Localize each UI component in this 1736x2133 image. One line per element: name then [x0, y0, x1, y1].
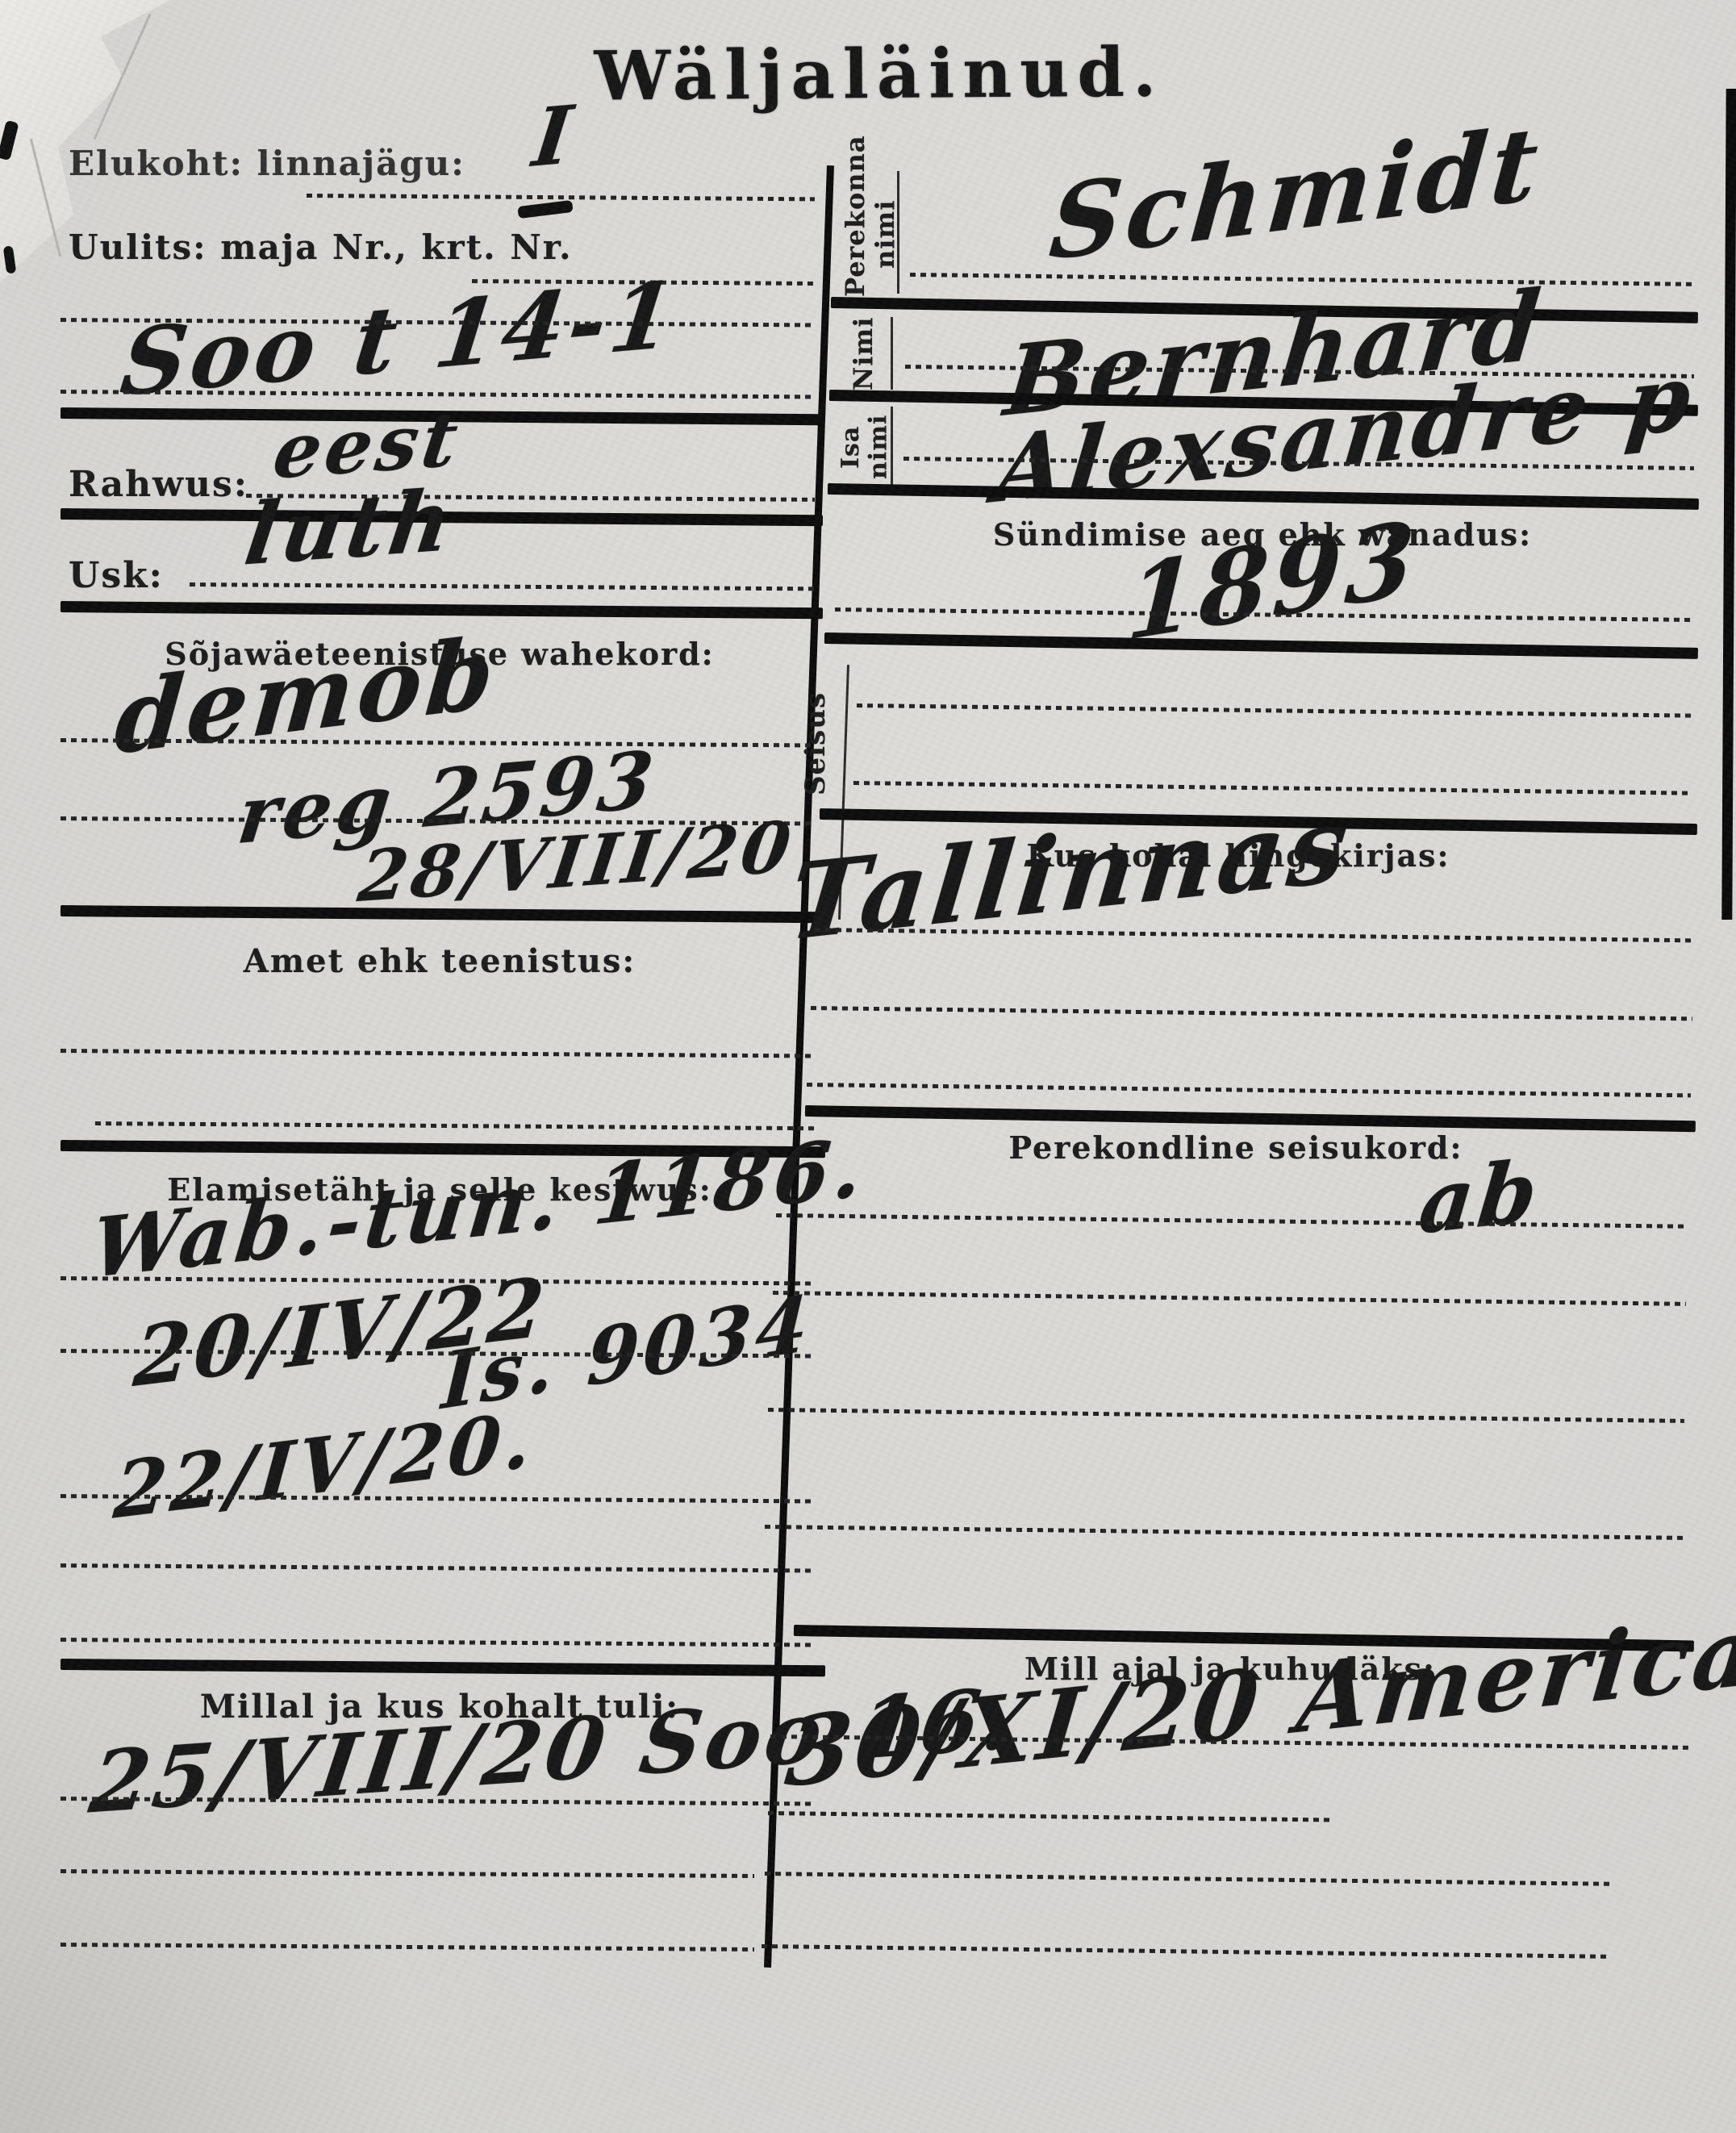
dotted-line: [190, 582, 815, 591]
handwritten-underline-mark: [517, 200, 573, 219]
field-label-given-name: Nimi: [849, 316, 878, 390]
field-label-profession: Amet ehk teenistus:: [61, 942, 819, 980]
dotted-line: [773, 1291, 1686, 1306]
dotted-line: [910, 273, 1694, 286]
field-label-family-name: Perekonna nimi: [841, 171, 900, 297]
thick-rule: [61, 1659, 825, 1676]
thick-rule: [805, 1105, 1696, 1132]
dotted-line: [811, 1006, 1692, 1021]
dotted-line: [765, 1525, 1684, 1540]
thick-rule: [61, 601, 823, 619]
label-separator-line: [891, 317, 893, 390]
dotted-line: [768, 1811, 1333, 1822]
field-label-nationality: Rahwus:: [69, 464, 248, 505]
handwritten-family-name: Schmidt: [1045, 104, 1546, 283]
dotted-line: [307, 194, 815, 201]
dotted-line: [807, 1083, 1691, 1097]
scanned-form-page: Wäljaläinud. Elukoht: linnajägu: I Uulit…: [0, 0, 1736, 2133]
label-separator-line: [897, 171, 899, 294]
dotted-line: [61, 1049, 815, 1058]
dotted-line: [61, 1638, 811, 1647]
page-title: Wäljaläinud.: [532, 31, 1227, 116]
handwritten-marital-status: ab: [1415, 1140, 1546, 1254]
dotted-line: [61, 1563, 811, 1572]
dotted-line: [61, 1869, 754, 1878]
field-label-father-name: Isa nimi: [837, 405, 893, 489]
field-label-status: Seisus: [800, 671, 832, 816]
dotted-line: [768, 1408, 1684, 1423]
dotted-line: [765, 1872, 1610, 1886]
handwritten-religion-value: luth: [240, 470, 462, 585]
field-label-residence: Elukoht: linnajägu:: [69, 144, 465, 183]
label-separator-line: [891, 407, 893, 486]
scan-right-edge: [1721, 89, 1736, 920]
field-label-street: Uulits: maja Nr., krt. Nr.: [69, 227, 573, 267]
dotted-line: [95, 1121, 815, 1130]
handwritten-permit-4: 22/IV/20.: [111, 1395, 539, 1537]
dotted-line: [857, 703, 1694, 718]
dotted-line: [762, 1944, 1609, 1959]
thick-rule: [61, 905, 825, 923]
field-label-religion: Usk:: [69, 555, 164, 596]
dotted-line: [61, 1943, 754, 1951]
dotted-line: [776, 1213, 1688, 1229]
